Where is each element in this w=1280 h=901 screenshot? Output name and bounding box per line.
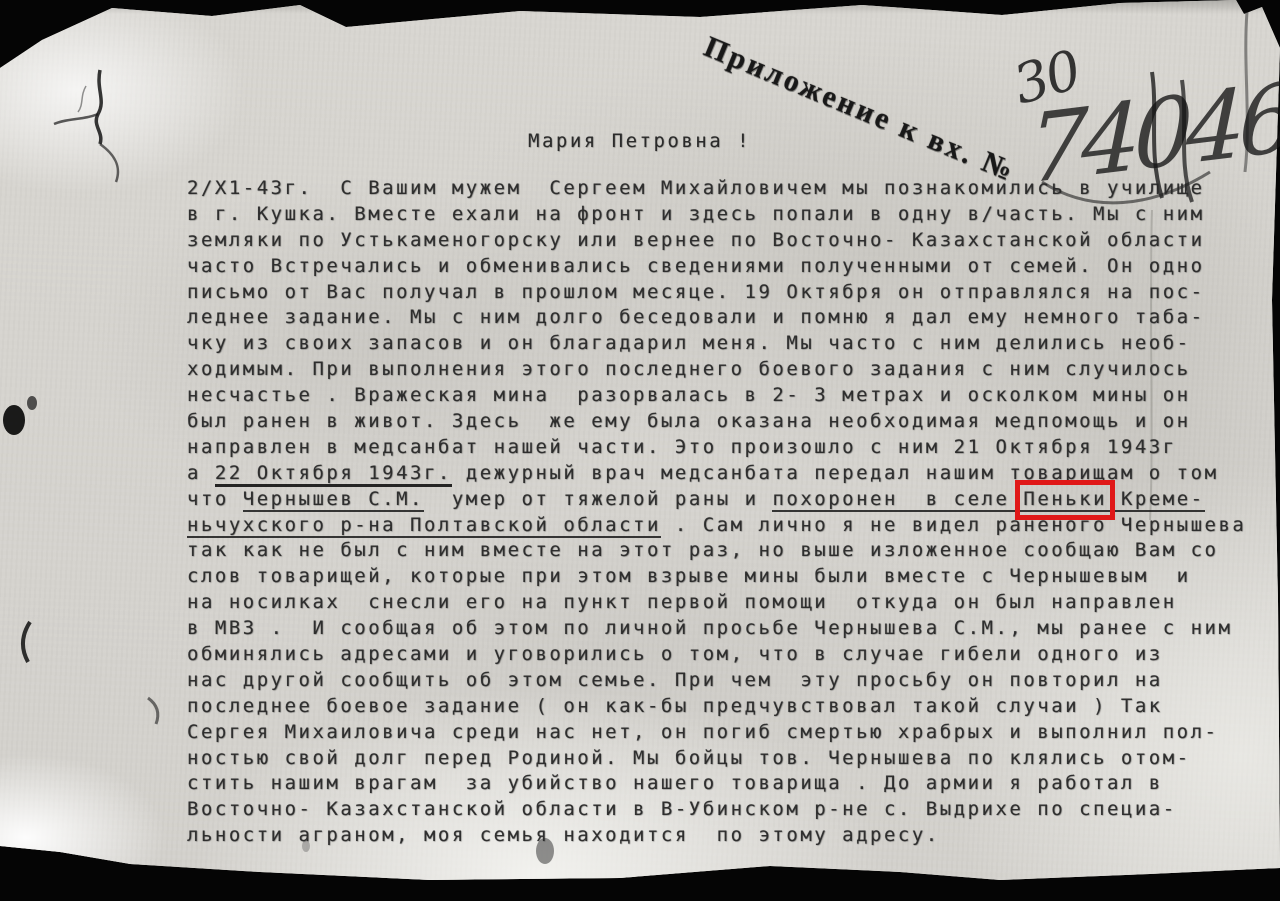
text-line: в г. Кушка. Вместе ехали на фронт и здес… — [187, 202, 1262, 228]
scanned-letter-page: Приложение к вх. № 30 74046 Мария Петров… — [0, 0, 1280, 901]
text-line: ходимым. При выполнения этого последнего… — [187, 357, 1262, 383]
text-line: а 22 Октября 1943г. дежурный врач медсан… — [187, 461, 1262, 487]
text-line: льности аграном, моя семья находится по … — [187, 823, 1262, 849]
text-line: направлен в медсанбат нашей части. Это п… — [187, 435, 1262, 461]
highlight-box: Пеньки — [1023, 488, 1107, 512]
text-line: стить нашим врагам за убийство нашего то… — [187, 771, 1262, 797]
text-line: слов товарищей, которые при этом взрыве … — [187, 564, 1262, 590]
letter-body: 2/X1-43г. С Вашим мужем Сергеем Михайлов… — [187, 176, 1262, 849]
text-line: земляки по Устькаменогорску или вернее п… — [187, 228, 1262, 254]
text-line: так как не был с ним вместе на этот раз,… — [187, 538, 1262, 564]
text-line: 2/X1-43г. С Вашим мужем Сергеем Михайлов… — [187, 176, 1262, 202]
text-line: леднее задание. Мы с ним долго беседовал… — [187, 305, 1262, 331]
text-line: письмо от Вас получал в прошлом месяце. … — [187, 280, 1262, 306]
text-line: несчастье . Вражеская мина разорвалась в… — [187, 383, 1262, 409]
text-line: обминялись адресами и уговорились о том,… — [187, 642, 1262, 668]
text-line: чку из своих запасов и он благадарил мен… — [187, 331, 1262, 357]
text-line: ньчухского р-на Полтавской области . Сам… — [187, 513, 1262, 539]
text-line: был ранен в живот. Здесь же ему была ока… — [187, 409, 1262, 435]
letter-salutation: Мария Петровна ! — [528, 130, 751, 152]
text-line: что Чернышев С.М. умер от тяжелой раны и… — [187, 487, 1262, 513]
text-line: в МВЗ . И сообщая об этом по личной прос… — [187, 616, 1262, 642]
text-line: нас другой сообщить об этом семье. При ч… — [187, 668, 1262, 694]
text-line: на носилках снесли его на пункт первой п… — [187, 590, 1262, 616]
text-line: последнее боевое задание ( он как-бы пре… — [187, 694, 1262, 720]
text-line: Сергея Михаиловича среди нас нет, он пог… — [187, 720, 1262, 746]
text-line: ностью свой долг перед Родиной. Мы бойцы… — [187, 746, 1262, 772]
text-line: часто Встречались и обменивались сведени… — [187, 254, 1262, 280]
text-line: Восточно- Казахстанской области в В-Убин… — [187, 797, 1262, 823]
